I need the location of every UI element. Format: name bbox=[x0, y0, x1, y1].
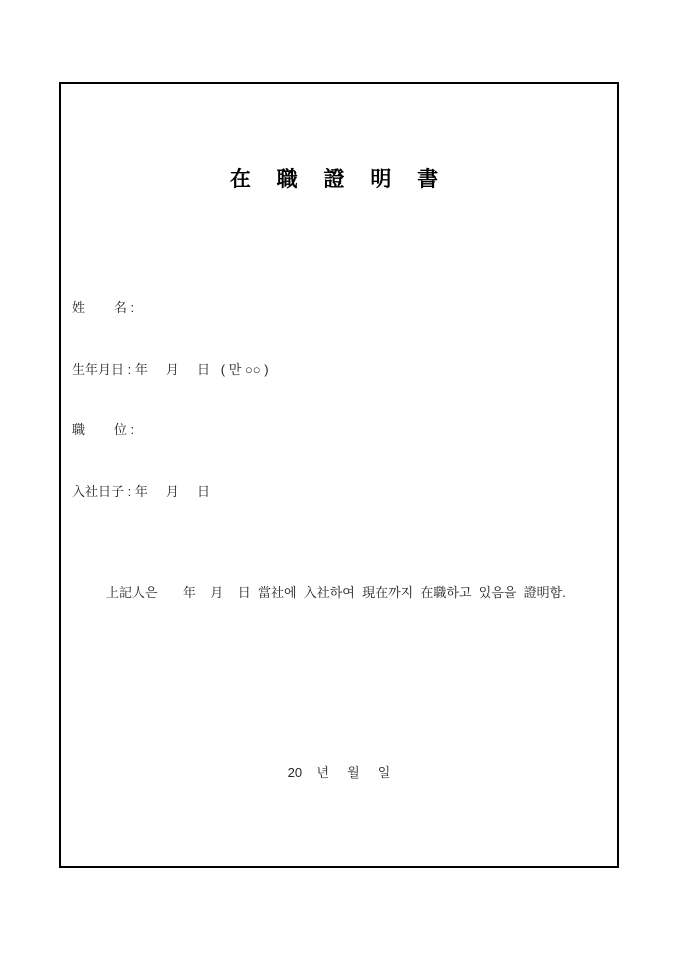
field-joindate-label: 入社日子 : 年 月 日 bbox=[72, 484, 210, 500]
field-name-label: 姓 名 : bbox=[72, 300, 134, 316]
document-title: 在 職 證 明 書 bbox=[59, 167, 619, 193]
certification-statement: 上記人은 年 月 日 當社에 入社하여 現在까지 在職하고 있음을 證明함. bbox=[106, 584, 566, 601]
certificate-border-frame bbox=[59, 82, 619, 868]
field-birthdate-label: 生年月日 : 年 月 日 ( 만 ○○ ) bbox=[72, 362, 269, 378]
issue-date-line: 20 년 월 일 bbox=[59, 764, 619, 781]
certificate-page: 在 職 證 明 書 姓 名 : 生年月日 : 年 月 日 ( 만 ○○ ) 職 … bbox=[0, 0, 680, 962]
field-position-label: 職 位 : bbox=[72, 422, 134, 438]
